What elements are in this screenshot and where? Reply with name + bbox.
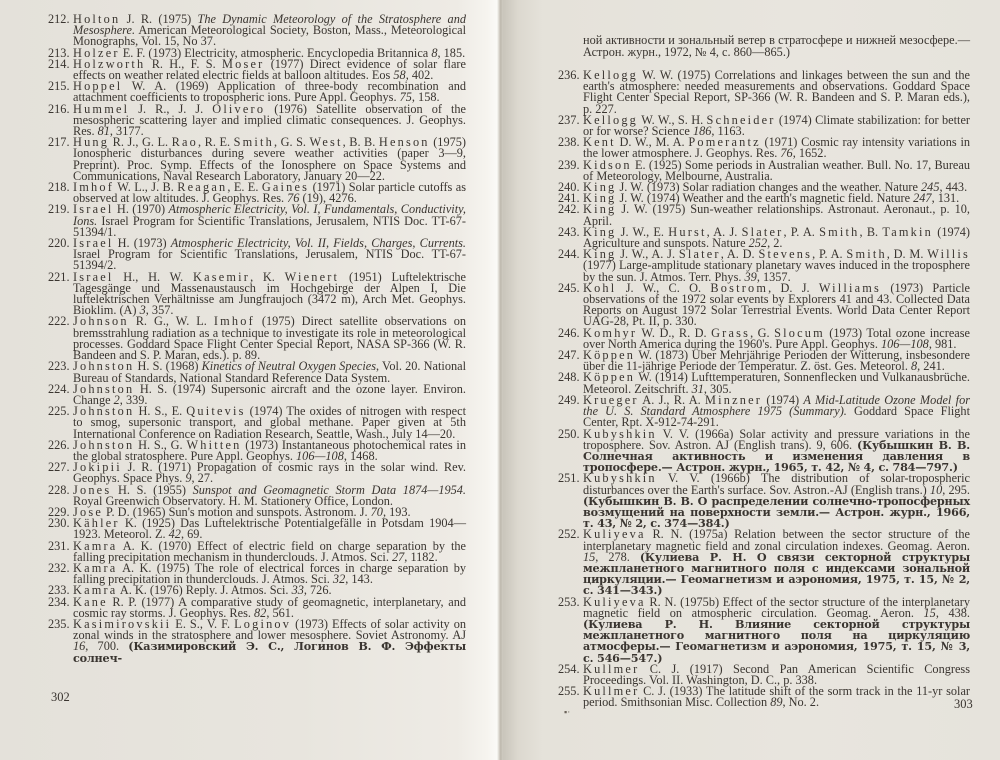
reference-italic: 89 xyxy=(770,695,782,709)
reference-entry: 217.Hung R. J., G. L. Rao, R. E. Smith, … xyxy=(52,137,466,182)
reference-entry: 227.Jokipii J. R. (1971) Propagation of … xyxy=(52,462,466,484)
reference-text: , 143. xyxy=(345,572,373,586)
reference-number: 238. xyxy=(558,137,580,148)
reference-number: 228. xyxy=(48,485,70,496)
reference-russian: (Кулиева Р. Н. О связи секторной структу… xyxy=(583,550,970,598)
reference-entry: 245.Kohl J. W., C. O. Bostrom, D. J. Wil… xyxy=(562,283,970,328)
reference-entry: 246.Komhyr W. D., R. D. Grass, G. Slocum… xyxy=(562,328,970,350)
reference-number: 216. xyxy=(48,104,70,115)
reference-list-left: 212.Holton J. R. (1975) The Dynamic Mete… xyxy=(52,14,466,664)
reference-coauthor: Tamkin xyxy=(882,225,933,239)
reference-entry: 242.King J. W. (1975) Sun-weather relati… xyxy=(562,204,970,226)
reference-italic: 32 xyxy=(333,572,345,586)
reference-number: 215. xyxy=(48,81,70,92)
reference-number: 255. xyxy=(558,686,580,697)
reference-entry: 235.Kasimirovskii E. S., V. F. Loginov (… xyxy=(52,619,466,664)
reference-entry: 231.Kamra A. K. (1970) Effect of electri… xyxy=(52,541,466,563)
reference-text: , No. 2. xyxy=(782,695,819,709)
reference-number: 219. xyxy=(48,204,70,215)
reference-number: 222. xyxy=(48,316,70,327)
reference-number: 254. xyxy=(558,664,580,675)
reference-number: 217. xyxy=(48,137,70,148)
reference-number: 253. xyxy=(558,597,580,608)
reference-number: 250. xyxy=(558,429,580,440)
reference-entry: 238.Kent D. W., M. A. Pomerantz (1971) C… xyxy=(562,137,970,159)
reference-number: 251. xyxy=(558,473,580,484)
right-page: ной активности и зональный ветер в страт… xyxy=(503,0,1000,760)
page-number-right: 303 xyxy=(954,697,973,712)
reference-text: , B. xyxy=(860,225,883,239)
book-spread: 212.Holton J. R. (1975) The Dynamic Mete… xyxy=(0,0,1000,760)
reference-entry: 236.Kellogg W. W. (1975) Correlations an… xyxy=(562,70,970,115)
reference-entry: 250.Kubyshkin V. V. (1966a) Solar activi… xyxy=(562,429,970,474)
reference-number: 234. xyxy=(48,597,70,608)
reference-entry: 243.King J. W., E. Hurst, A. J. Slater, … xyxy=(562,227,970,249)
reference-number: 223. xyxy=(48,361,70,372)
reference-text: , P. A. xyxy=(783,225,819,239)
reference-number: 243. xyxy=(558,227,580,238)
reference-entry: 215.Hoppel W. A. (1969) Application of t… xyxy=(52,81,466,103)
reference-text: W. W. (1975) Correlations and linkages b… xyxy=(583,68,970,116)
reference-entry: 255.Kullmer C. J. (1933) The latitude sh… xyxy=(562,686,970,708)
reference-entry: 239.Kidson E. (1925) Some periods in Aus… xyxy=(562,160,970,182)
page-number-left: 302 xyxy=(51,690,70,705)
reference-number: 248. xyxy=(558,372,580,383)
reference-number: 225. xyxy=(48,406,70,417)
reference-number: 247. xyxy=(558,350,580,361)
reference-entry: 232.Kamra A. K. (1975) The role of elect… xyxy=(52,563,466,585)
reference-entry: 247.Köppen W. (1873) Über Mehrjährige Pe… xyxy=(562,350,970,372)
reference-number: 246. xyxy=(558,328,580,339)
reference-entry: 221.Israel H., H. W. Kasemir, K. Wienert… xyxy=(52,272,466,317)
reference-entry: 216.Hummel J. R., J. J. Olivero (1976) S… xyxy=(52,104,466,138)
reference-entry: 251.Kubyshkin V. V. (1966b) The distribu… xyxy=(562,473,970,529)
reference-entry: 254.Kullmer C. J. (1917) Second Pan Amer… xyxy=(562,664,970,686)
reference-entry: 249.Krueger A. J., R. A. Minzner (1974) … xyxy=(562,395,970,429)
reference-number: 252. xyxy=(558,529,580,540)
reference-number: 230. xyxy=(48,518,70,529)
reference-entry: 244.King J. W., A. J. Slater, A. D. Stev… xyxy=(562,249,970,283)
reference-number: 236. xyxy=(558,70,580,81)
reference-items-right: 236.Kellogg W. W. (1975) Correlations an… xyxy=(562,70,970,709)
reference-number: 218. xyxy=(48,182,70,193)
print-speck: ▪· xyxy=(564,707,570,717)
reference-number: 242. xyxy=(558,204,580,215)
reference-entry: 252.Kuliyeva R. N. (1975a) Relation betw… xyxy=(562,529,970,596)
reference-coauthor: Smith xyxy=(819,225,859,239)
reference-entry: 223.Johnston H. S. (1968) Kinetics of Ne… xyxy=(52,361,466,383)
reference-entry: 214.Holzworth R. H., F. S. Moser (1977) … xyxy=(52,59,466,81)
reference-number: 237. xyxy=(558,115,580,126)
reference-entry: 224.Johnston H. S. (1974) Supersonic air… xyxy=(52,384,466,406)
reference-russian: (Кубышкин В. В. О распределении солнечно… xyxy=(583,494,970,530)
left-page: 212.Holton J. R. (1975) The Dynamic Mete… xyxy=(0,0,497,760)
reference-continuation: ной активности и зональный ветер в страт… xyxy=(562,35,970,57)
reference-number: 232. xyxy=(48,563,70,574)
reference-entry: 253.Kuliyeva R. N. (1975b) Effect of the… xyxy=(562,597,970,664)
reference-number: 224. xyxy=(48,384,70,395)
reference-entry: 230.Kähler K. (1925) Das Luftelektrische… xyxy=(52,518,466,540)
reference-number: 214. xyxy=(48,59,70,70)
reference-entry: 237.Kellogg W. W., S. H. Schneider (1974… xyxy=(562,115,970,137)
reference-russian: (Кулиева Р. Н. Влияние секторной структу… xyxy=(583,617,970,665)
reference-number: 244. xyxy=(558,249,580,260)
reference-entry: 228.Jones H. S. (1955) Sunspot and Geoma… xyxy=(52,485,466,507)
reference-number: 220. xyxy=(48,238,70,249)
reference-entry: 220.Israel H. (1973) Atmospheric Electri… xyxy=(52,238,466,272)
reference-entry: 226.Johnston H. S., G. Whitten (1973) In… xyxy=(52,440,466,462)
reference-entry: 248.Köppen W. (1914) Lufttemperaturen, S… xyxy=(562,372,970,394)
reference-entry: 218.Imhof W. L., J. B. Reagan, E. E. Gai… xyxy=(52,182,466,204)
reference-number: 227. xyxy=(48,462,70,473)
reference-entry: 225.Johnston H. S., E. Quitevis (1974) T… xyxy=(52,406,466,440)
reference-number: 239. xyxy=(558,160,580,171)
reference-number: 245. xyxy=(558,283,580,294)
reference-number: 226. xyxy=(48,440,70,451)
reference-entry: 234.Kane R. P. (1977) A comparative stud… xyxy=(52,597,466,619)
reference-entry: 212.Holton J. R. (1975) The Dynamic Mete… xyxy=(52,14,466,48)
reference-entry: 219.Israel H. (1970) Atmospheric Electri… xyxy=(52,204,466,238)
reference-entry: 222.Johnson R. G., W. L. Imhof (1975) Di… xyxy=(52,316,466,361)
reference-number: 221. xyxy=(48,272,70,283)
reference-russian: (Казимировский Э. С., Логинов В. Ф. Эффе… xyxy=(73,639,466,664)
reference-list-right: ной активности и зональный ветер в страт… xyxy=(562,23,970,709)
reference-number: 212. xyxy=(48,14,70,25)
reference-number: 249. xyxy=(558,395,580,406)
reference-number: 231. xyxy=(48,541,70,552)
reference-number: 235. xyxy=(48,619,70,630)
